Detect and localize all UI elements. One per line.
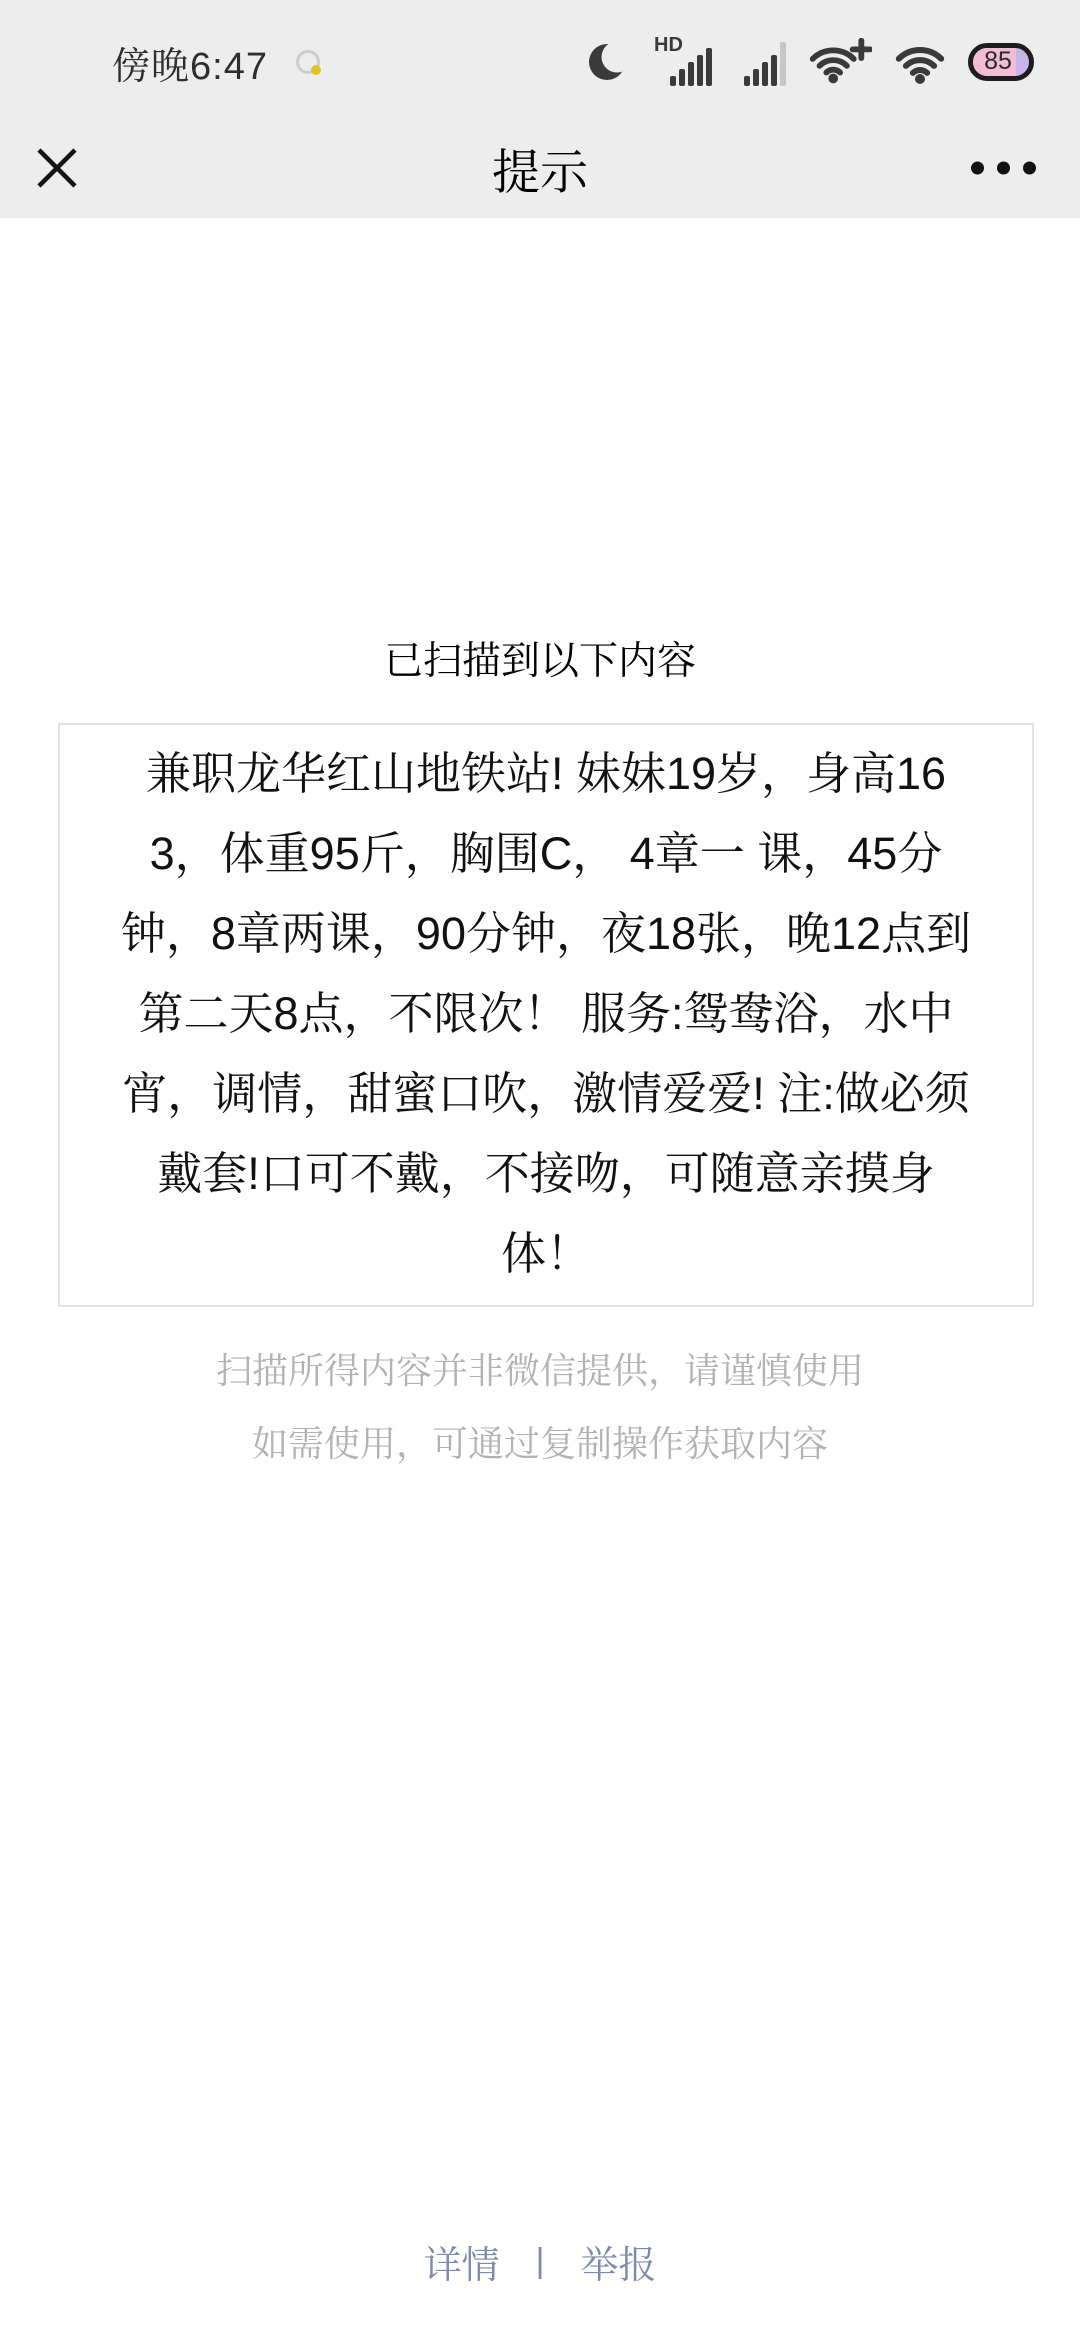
scanned-content-box: 兼职龙华红山地铁站! 妹妹19岁，身高16 3，体重95斤，胸围C， 4章一 课…: [58, 723, 1034, 1307]
disclaimer-text: 扫描所得内容并非微信提供，请谨慎使用 如需使用，可通过复制操作获取内容: [0, 1334, 1080, 1480]
disclaimer-line: 扫描所得内容并非微信提供，请谨慎使用: [0, 1334, 1080, 1407]
status-right: HD: [586, 35, 1034, 89]
moon-icon: [586, 39, 632, 85]
scanned-content-line: 兼职龙华红山地铁站! 妹妹19岁，身高16: [66, 734, 1026, 814]
wifi-plus-icon: [808, 38, 872, 86]
footer-divider: |: [536, 2242, 545, 2281]
nav-bar: 提示: [0, 118, 1080, 218]
battery-percent: 85: [973, 47, 1023, 76]
details-link[interactable]: 详情: [424, 2234, 500, 2289]
footer-links: 详情 | 举报: [0, 2234, 1080, 2289]
top-chrome: 傍晚6:47 HD: [0, 0, 1080, 218]
status-left: 傍晚6:47: [112, 35, 320, 90]
signal-bars: [670, 48, 712, 86]
battery-indicator: 85: [968, 43, 1034, 81]
scanned-content-line: 钟，8章两课，90分钟，夜18张，晚12点到: [66, 894, 1026, 974]
signal-bars: [744, 42, 786, 86]
signal-hd-icon: HD: [654, 35, 712, 89]
notification-dot: [311, 65, 321, 75]
page-title: 提示: [0, 134, 1080, 203]
report-link[interactable]: 举报: [580, 2234, 656, 2289]
notification-app-icon: [296, 50, 320, 74]
scanned-content-line: 宵，调情，甜蜜口吹，激情爱爱! 注:做必须: [66, 1054, 1026, 1134]
scan-hint-text: 已扫描到以下内容: [0, 630, 1080, 686]
more-icon[interactable]: [971, 152, 1036, 185]
disclaimer-line: 如需使用，可通过复制操作获取内容: [0, 1407, 1080, 1480]
status-bar: 傍晚6:47 HD: [0, 0, 1080, 118]
scanned-content-line: 第二天8点，不限次！ 服务:鸳鸯浴，水中: [66, 974, 1026, 1054]
scanned-content-line: 体！: [66, 1214, 1026, 1294]
wechat-scan-result-screen: 傍晚6:47 HD: [0, 0, 1080, 2340]
wifi-icon: [894, 38, 946, 86]
scanned-content-line: 戴套!口可不戴，不接吻，可随意亲摸身: [66, 1134, 1026, 1214]
signal-icon: [734, 35, 786, 89]
scanned-content-line: 3，体重95斤，胸围C， 4章一 课，45分: [66, 814, 1026, 894]
status-time: 傍晚6:47: [112, 35, 268, 90]
